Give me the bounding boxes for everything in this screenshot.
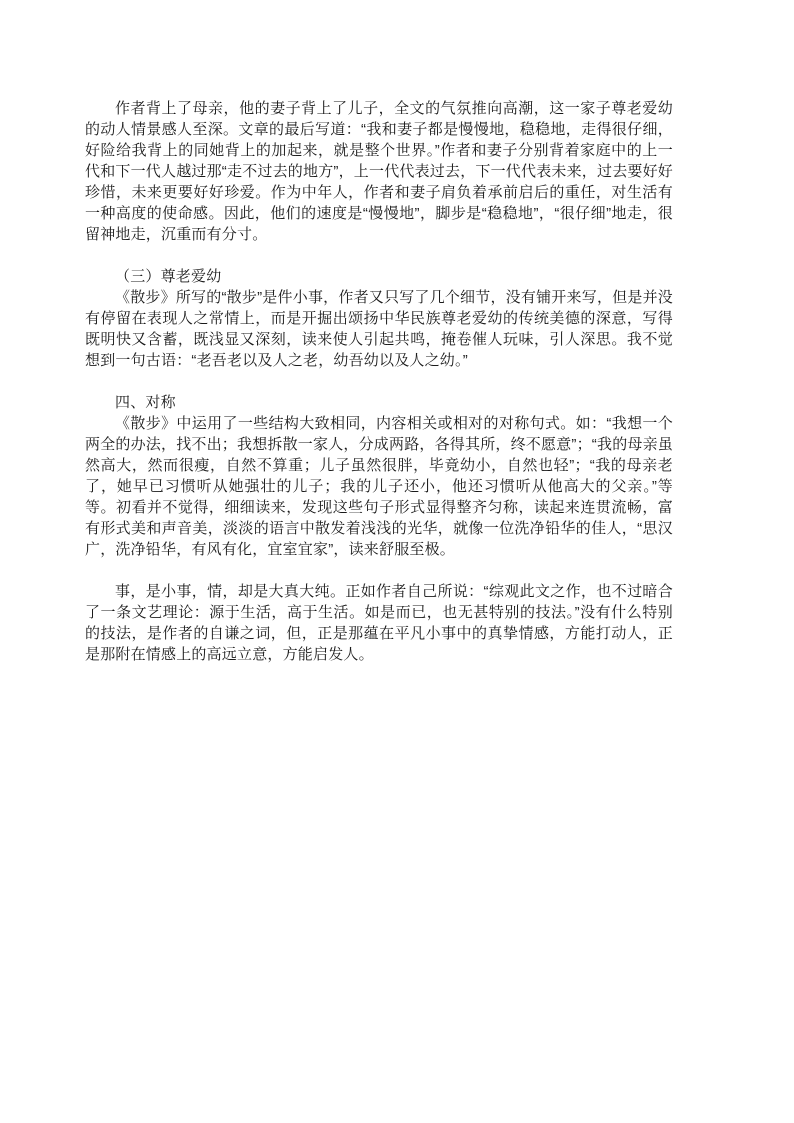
document-page: 作者背上了母亲，他的妻子背上了儿子，全文的气氛推向高潮，这一家子尊老爱幼的动人情…: [0, 0, 794, 1123]
paragraph-climax-analysis: 作者背上了母亲，他的妻子背上了儿子，全文的气氛推向高潮，这一家子尊老爱幼的动人情…: [85, 98, 673, 245]
document-text-block: 作者背上了母亲，他的妻子背上了儿子，全文的气氛推向高潮，这一家子尊老爱幼的动人情…: [85, 98, 673, 665]
paragraph-theme-analysis: 《散步》所写的“散步”是件小事，作者又只写了几个细节，没有铺开来写，但是并没有停…: [85, 287, 673, 371]
paragraph-symmetry-analysis: 《散步》中运用了一些结构大致相同，内容相关或相对的对称句式。如：“我想一个两全的…: [85, 413, 673, 560]
paragraph-conclusion: 事，是小事，情，却是大真大纯。正如作者自己所说：“综观此文之作，也不过暗合了一条…: [85, 581, 673, 665]
section-heading-symmetry: 四、对称: [85, 392, 673, 413]
section-heading-respect-elders: （三）尊老爱幼: [85, 266, 673, 287]
